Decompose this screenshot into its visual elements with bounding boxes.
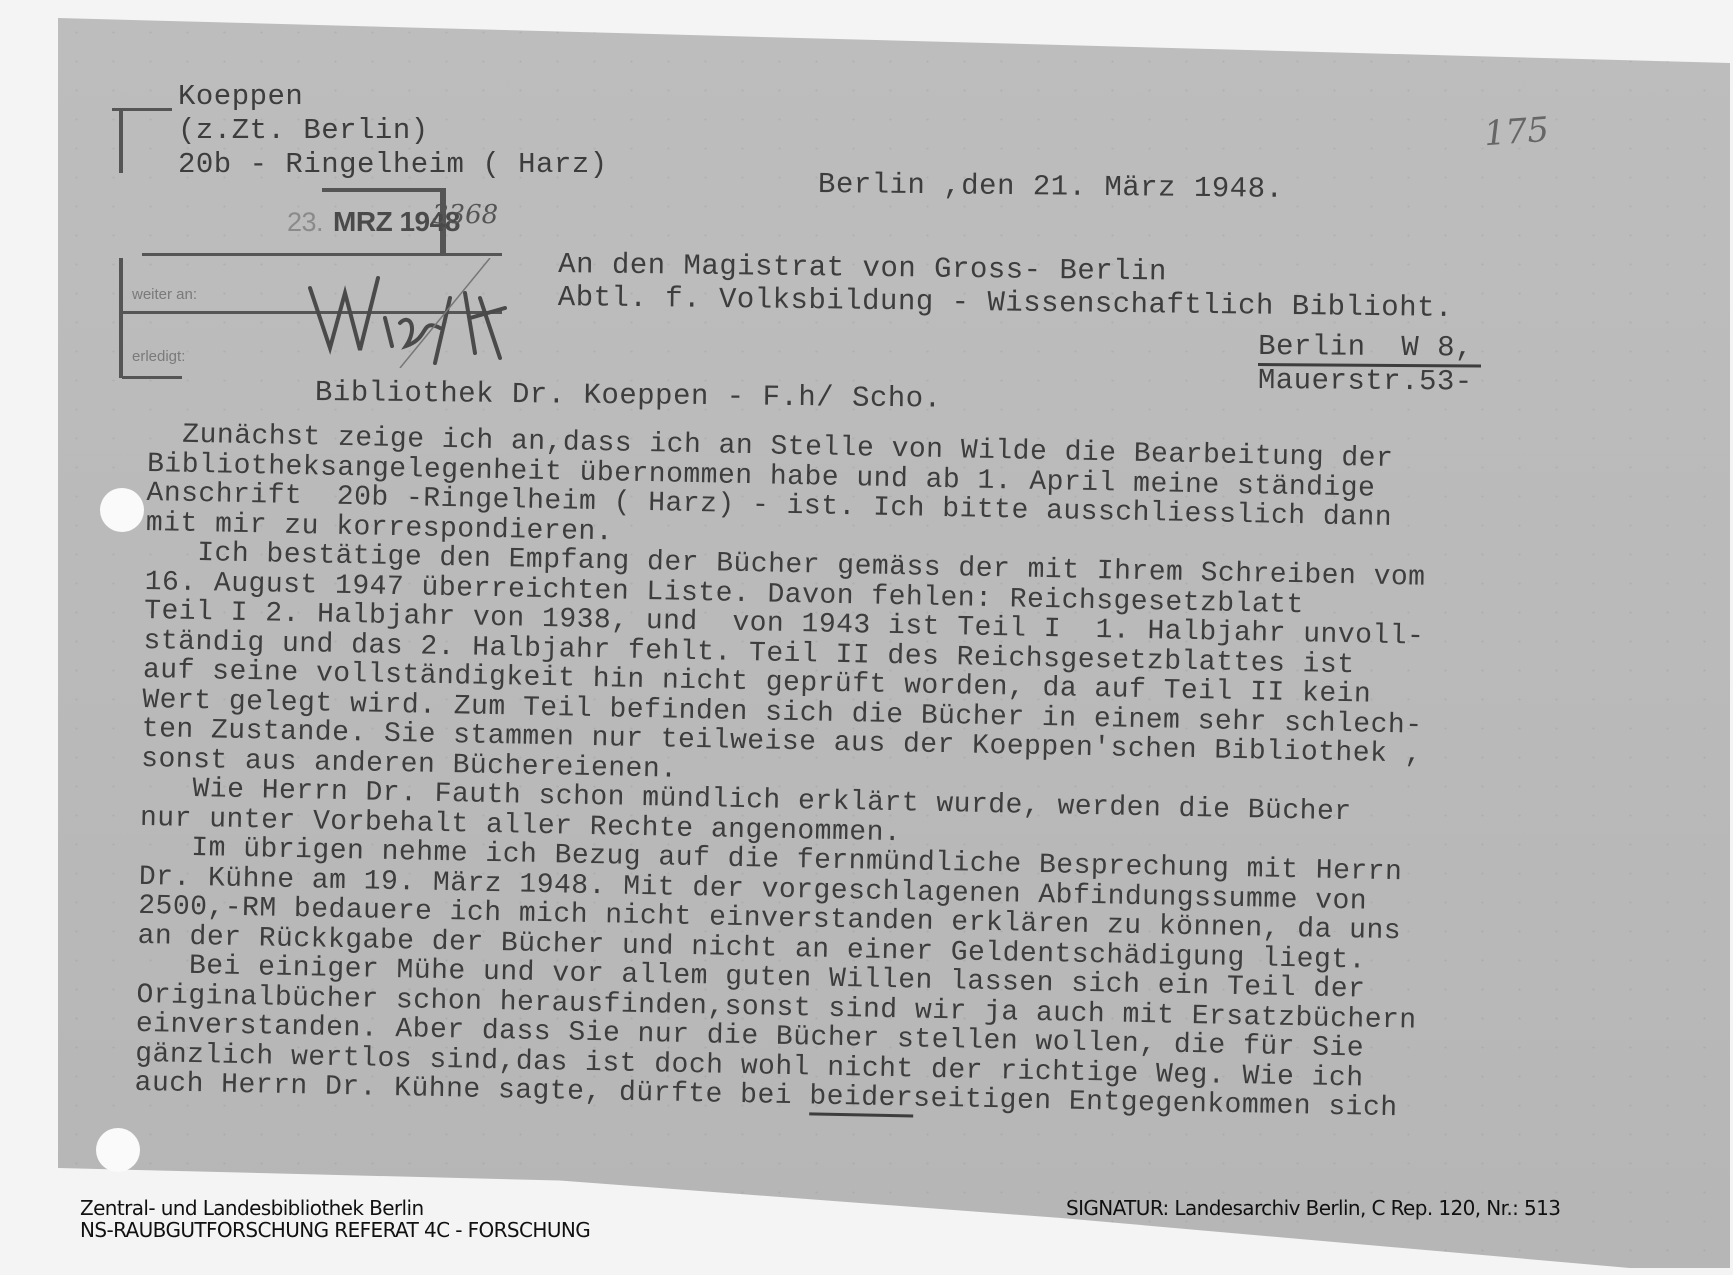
punch-hole-bottom: [96, 1128, 140, 1172]
handwritten-page-number: 175: [1483, 110, 1551, 154]
sender-block: Koeppen(z.Zt. Berlin)20b - Ringelheim ( …: [178, 80, 608, 182]
sender-name: Koeppen: [178, 80, 608, 114]
punch-hole-top: [100, 488, 144, 532]
date-line: Berlin ,den 21. März 1948.: [818, 170, 1284, 204]
stamp-label-erledigt: erledigt:: [132, 348, 185, 365]
handwritten-registry-number: 3368: [432, 200, 498, 230]
sender-address: 20b - Ringelheim ( Harz): [178, 148, 608, 182]
letter-body: Zunächst zeige ich an,dass ich an Stelle…: [134, 420, 1428, 1124]
sender-note: (z.Zt. Berlin): [178, 114, 608, 148]
recipient-street: Mauerstr.53-: [1258, 364, 1481, 400]
signature-scribble: [300, 258, 520, 368]
recipient-city: Berlin W 8,: [1258, 330, 1481, 368]
footer-department: NS-RAUBGUTFORSCHUNG REFERAT 4C - FORSCHU…: [80, 1219, 590, 1241]
footer-signature: SIGNATUR: Landesarchiv Berlin, C Rep. 12…: [1066, 1197, 1560, 1219]
underlined-word: beider: [809, 1081, 913, 1117]
recipient-block: An den Magistrat von Gross- BerlinAbtl. …: [558, 248, 1454, 325]
recipient-address: Berlin W 8,Mauerstr.53-: [1258, 330, 1481, 400]
subject-line: Bibliothek Dr. Koeppen - F.h/ Scho.: [315, 378, 942, 414]
footer-library-name: Zentral- und Landesbibliothek Berlin: [80, 1197, 590, 1219]
stamp-label-weiter: weiter an:: [132, 286, 197, 303]
footer-library: Zentral- und Landesbibliothek BerlinNS-R…: [80, 1197, 590, 1241]
